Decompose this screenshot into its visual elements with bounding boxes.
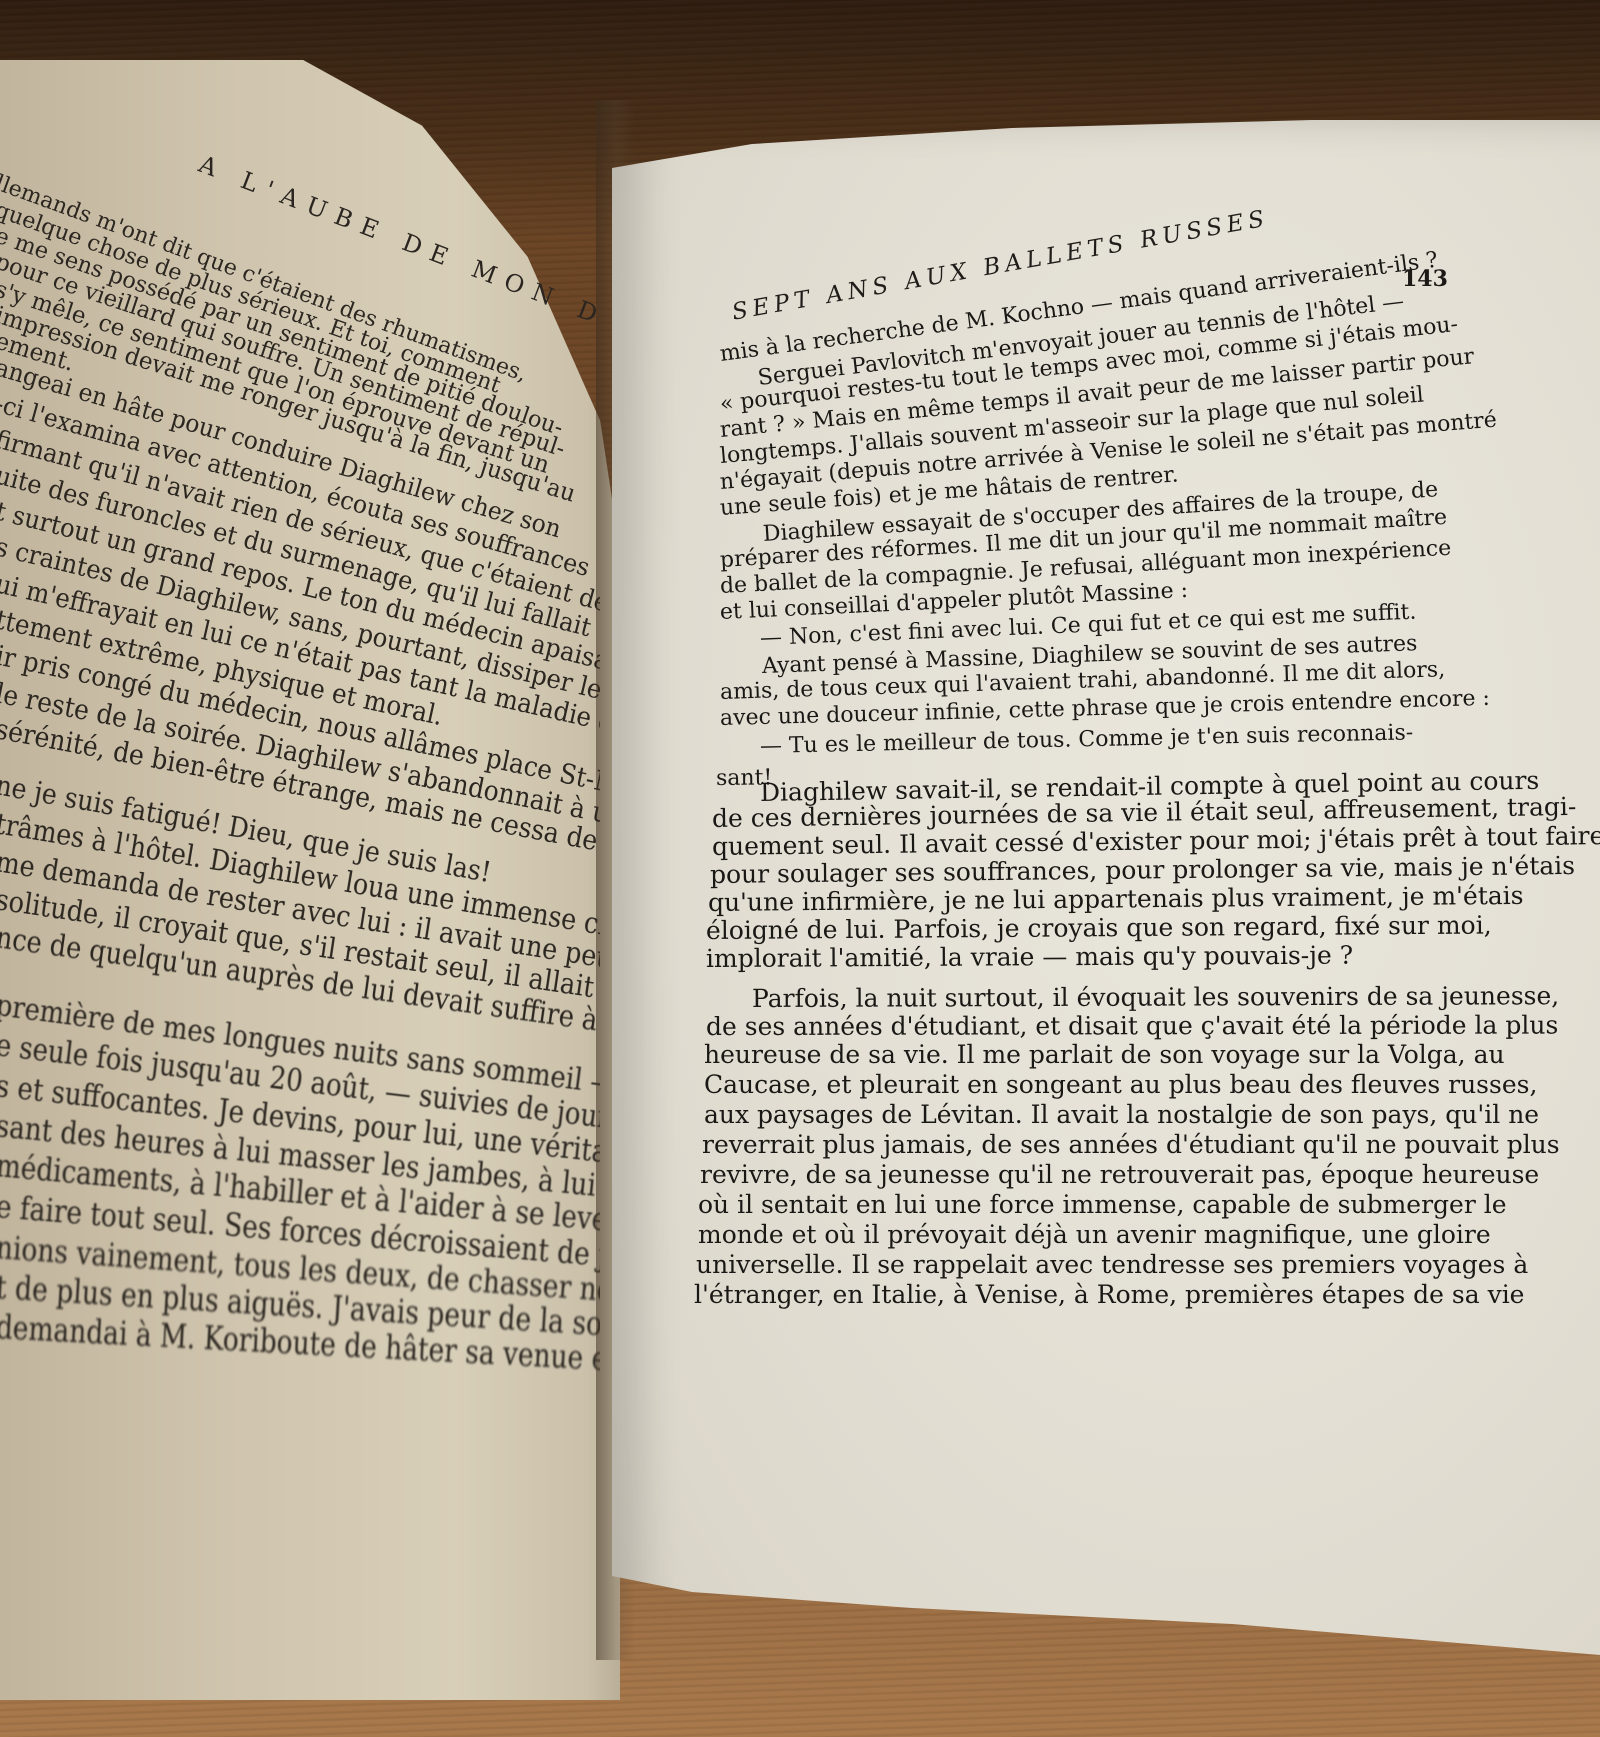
text-line: Caucase, et pleurait en songeant au plus…	[704, 1070, 1537, 1099]
text-line: heureuse de sa vie. Il me parlait de son…	[704, 1040, 1505, 1069]
text-line: de ses années d'étudiant, et disait que …	[706, 1011, 1558, 1041]
text-line: universelle. Il se rappelait avec tendre…	[696, 1250, 1528, 1279]
text-line: éloigné de lui. Parfois, je croyais que …	[706, 911, 1492, 945]
text-line: revivre, de sa jeunesse qu'il ne retrouv…	[700, 1160, 1539, 1189]
text-line: Parfois, la nuit surtout, il évoquait le…	[752, 981, 1559, 1013]
text-line: aux paysages de Lévitan. Il avait la nos…	[704, 1100, 1539, 1129]
text-line: implorait l'amitié, la vraie — mais qu'y…	[706, 941, 1353, 973]
text-line: reverrait plus jamais, de ses années d'é…	[702, 1130, 1560, 1159]
text-line: où il sentait en lui une force immense, …	[698, 1190, 1507, 1219]
text-line: monde et où il prévoyait déjà un avenir …	[698, 1220, 1491, 1249]
text-line: l'étranger, en Italie, à Venise, à Rome,…	[694, 1280, 1524, 1309]
left-page-text: A L'AUBE DE MON DESTIN llemands m'ont di…	[0, 0, 600, 1737]
